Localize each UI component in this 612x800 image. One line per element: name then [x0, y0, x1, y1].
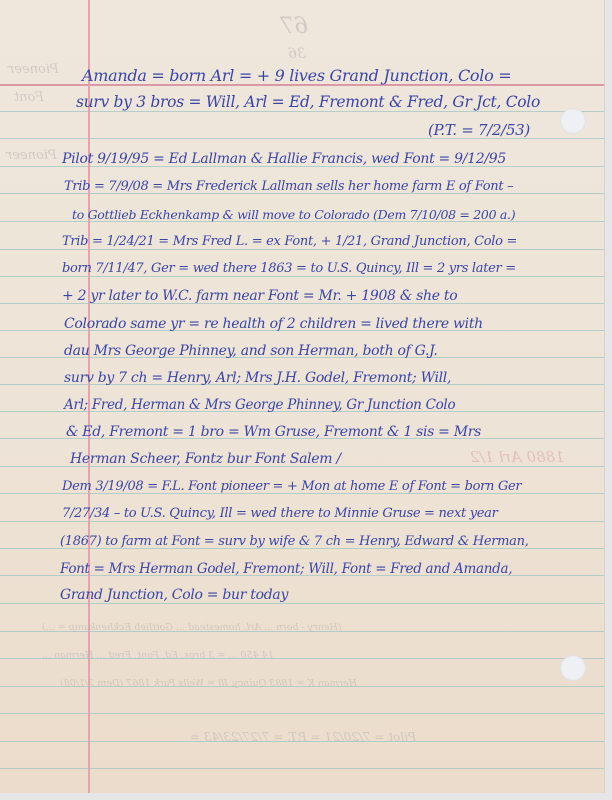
ruled-line — [0, 713, 604, 714]
handwritten-line: dau Mrs George Phinney, and son Herman, … — [64, 343, 438, 359]
ruled-line — [0, 276, 604, 277]
handwritten-line: to Gottlieb Eckhenkamp & will move to Co… — [72, 207, 515, 222]
bleed-through-margin-note: Pioneer — [6, 148, 57, 163]
handwritten-line: Amanda = born Arl = + 9 lives Grand Junc… — [82, 66, 511, 85]
bleed-through-line: Pilot = 7/20/21 = P.T. = 7/27/23/43 = — [190, 730, 416, 744]
handwritten-line: Trib = 1/24/21 = Mrs Fred L. = ex Font, … — [62, 234, 517, 249]
ruled-line — [0, 249, 604, 250]
ruled-line — [0, 521, 604, 522]
handwritten-line: (P.T. = 7/2/53) — [428, 121, 530, 139]
ruled-line — [0, 768, 604, 769]
bleed-through-red-mark: 1880 Arl 1/2 — [470, 448, 565, 466]
handwritten-line: Font = Mrs Herman Godel, Fremont; Will, … — [60, 561, 512, 577]
handwritten-line: Dem 3/19/08 = F.L. Font pioneer = + Mon … — [62, 479, 521, 494]
handwritten-line: surv by 7 ch = Henry, Arl; Mrs J.H. Gode… — [64, 370, 451, 386]
notebook-page: 67 36 Pioneer Font Pioneer 1880 Arl 1/2 … — [0, 0, 604, 793]
handwritten-line: (1867) to farm at Font = surv by wife & … — [60, 534, 529, 549]
handwritten-line: surv by 3 bros = Will, Arl = Ed, Fremont… — [76, 93, 540, 111]
ruled-line — [0, 111, 604, 112]
handwritten-line: Pilot 9/19/95 = Ed Lallman & Hallie Fran… — [62, 151, 506, 167]
handwritten-line: born 7/11/47, Ger = wed there 1863 = to … — [62, 261, 516, 276]
handwritten-line: Herman Scheer, Fontz bur Font Salem / — [70, 451, 341, 467]
bleed-through-page-number: 67 — [280, 14, 308, 39]
handwritten-line: Trib = 7/9/08 = Mrs Frederick Lallman se… — [64, 179, 513, 194]
handwritten-line: 7/27/34 – to U.S. Quincy, Ill = wed ther… — [62, 506, 498, 521]
handwritten-line: Colorado same yr = re health of 2 childr… — [64, 316, 483, 332]
bleed-through-line: 14 450 ... = 3 bros. Ed, Font, Fred ... … — [42, 650, 274, 661]
handwritten-line: Grand Junction, Colo = bur today — [60, 587, 288, 603]
bleed-through-margin-note: Pioneer — [8, 62, 59, 77]
handwritten-line: Arl; Fred, Herman & Mrs George Phinney, … — [64, 397, 455, 413]
hole-punch-top — [560, 108, 586, 134]
bleed-through-line: Herman K = 1883 Quincy, Ill = Wells Park… — [60, 678, 357, 689]
handwritten-line: & Ed, Fremont = 1 bro = Wm Gruse, Fremon… — [66, 424, 481, 440]
bleed-through-margin-note: Font — [14, 90, 44, 105]
ruled-line — [0, 603, 604, 604]
bleed-through-line: (Henry - born ... Arl. homestead ... Got… — [42, 622, 341, 633]
hole-punch-bottom — [560, 655, 586, 681]
bleed-through-page-number: 36 — [288, 46, 306, 62]
handwritten-line: + 2 yr later to W.C. farm near Font = Mr… — [62, 288, 457, 304]
